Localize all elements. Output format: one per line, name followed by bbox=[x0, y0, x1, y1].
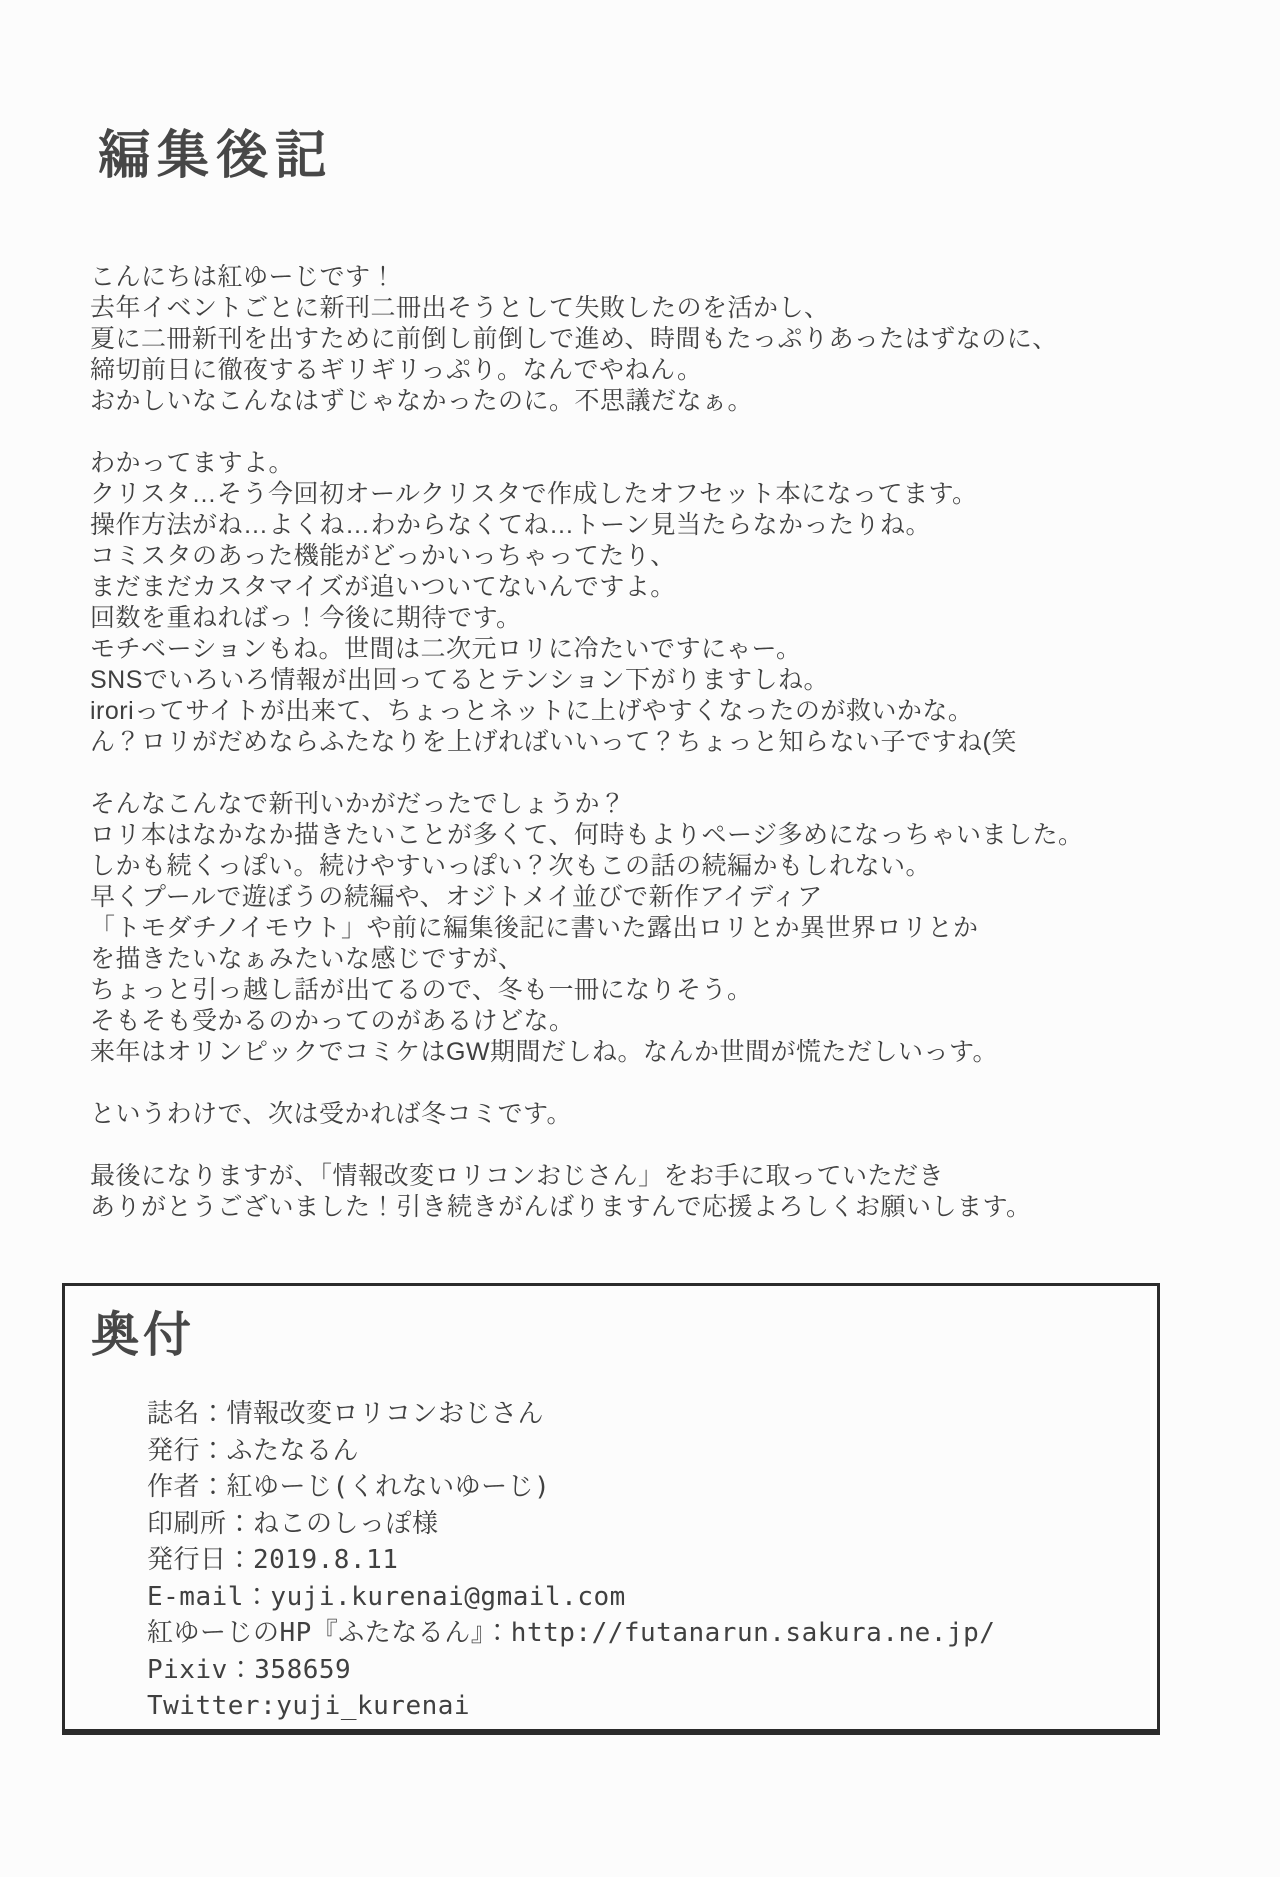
colophon-title: 奥付 bbox=[91, 1296, 195, 1365]
editorial-text-line: 操作方法がね…よくね…わからなくてね…トーン見当たらなかったりね。 bbox=[90, 510, 1210, 541]
editorial-text-line: というわけで、次は受かれば冬コミです。 bbox=[90, 1099, 1210, 1130]
editorial-text-line: ん？ロリがだめならふたなりを上げればいいって？ちょっと知らない子ですね(笑 bbox=[90, 727, 1210, 758]
editorial-text-line: そんなこんなで新刊いかがだったでしょうか？ bbox=[90, 789, 1210, 820]
editorial-text-line: 夏に二冊新刊を出すために前倒し前倒しで進め、時間もたっぷりあったはずなのに、 bbox=[90, 324, 1210, 355]
editorial-text-line: 最後になりますが、「情報改変ロリコンおじさん」をお手に取っていただき bbox=[90, 1161, 1210, 1192]
colophon-entry: Twitter:yuji_kurenai bbox=[147, 1688, 995, 1725]
editorial-text-line bbox=[90, 758, 1210, 789]
editorial-text-line: モチベーションもね。世間は二次元ロリに冷たいですにゃー。 bbox=[90, 634, 1210, 665]
colophon-box: 奥付 誌名：情報改変ロリコンおじさん 発行：ふたなるん 作者：紅ゆーじ(くれない… bbox=[62, 1283, 1160, 1735]
editorial-text-line: ありがとうございました！引き続きがんばりますんで応援よろしくお願いします。 bbox=[90, 1192, 1210, 1223]
editorial-text-line: を描きたいなぁみたいな感じですが、 bbox=[90, 944, 1210, 975]
colophon-entry: 印刷所：ねこのしっぽ様 bbox=[147, 1506, 995, 1543]
editorial-text-line: しかも続くっぽい。続けやすいっぽい？次もこの話の続編かもしれない。 bbox=[90, 851, 1210, 882]
editorial-text-line: SNSでいろいろ情報が出回ってるとテンション下がりますしね。 bbox=[90, 665, 1210, 696]
colophon-entry: 作者：紅ゆーじ(くれないゆーじ) bbox=[147, 1469, 995, 1506]
editorial-text-line: iroriってサイトが出来て、ちょっとネットに上げやすくなったのが救いかな。 bbox=[90, 696, 1210, 727]
colophon-entry: E-mail：yuji.kurenai@gmail.com bbox=[147, 1579, 995, 1616]
editorial-text-line: 回数を重ねればっ！今後に期待です。 bbox=[90, 603, 1210, 634]
page-title: 編集後記 bbox=[98, 128, 334, 185]
editorial-text-line: おかしいなこんなはずじゃなかったのに。不思議だなぁ。 bbox=[90, 386, 1210, 417]
editorial-text-line: 来年はオリンピックでコミケはGW期間だしね。なんか世間が慌ただしいっす。 bbox=[90, 1037, 1210, 1068]
editorial-text-line bbox=[90, 1068, 1210, 1099]
scanned-afterword-page: 編集後記 こんにちは紅ゆーじです！ 去年イベントごとに新刊二冊出そうとして失敗し… bbox=[0, 0, 1280, 1877]
editorial-text: こんにちは紅ゆーじです！ 去年イベントごとに新刊二冊出そうとして失敗したのを活か… bbox=[90, 262, 1210, 1223]
editorial-text-line: わかってますよ。 bbox=[90, 448, 1210, 479]
colophon-entry: Pixiv：358659 bbox=[147, 1652, 995, 1689]
colophon-entries: 誌名：情報改変ロリコンおじさん 発行：ふたなるん 作者：紅ゆーじ(くれないゆーじ… bbox=[147, 1396, 995, 1725]
editorial-text-line: 早くプールで遊ぼうの続編や、オジトメイ並びで新作アイディア bbox=[90, 882, 1210, 913]
editorial-text-line bbox=[90, 1130, 1210, 1161]
editorial-text-line: ロリ本はなかなか描きたいことが多くて、何時もよりページ多めになっちゃいました。 bbox=[90, 820, 1210, 851]
editorial-text-line: まだまだカスタマイズが追いついてないんですよ。 bbox=[90, 572, 1210, 603]
colophon-entry: 発行日：2019.8.11 bbox=[147, 1542, 995, 1579]
editorial-text-line: 「トモダチノイモウト」や前に編集後記に書いた露出ロリとか異世界ロリとか bbox=[90, 913, 1210, 944]
editorial-text-line: そもそも受かるのかってのがあるけどな。 bbox=[90, 1006, 1210, 1037]
editorial-text-line: クリスタ…そう今回初オールクリスタで作成したオフセット本になってます。 bbox=[90, 479, 1210, 510]
colophon-entry: 紅ゆーじのHP『ふたなるん』：http://futanarun.sakura.n… bbox=[147, 1615, 995, 1652]
editorial-text-line: こんにちは紅ゆーじです！ bbox=[90, 262, 1210, 293]
colophon-entry: 発行：ふたなるん bbox=[147, 1433, 995, 1470]
editorial-text-line: ちょっと引っ越し話が出てるので、冬も一冊になりそう。 bbox=[90, 975, 1210, 1006]
editorial-text-line bbox=[90, 417, 1210, 448]
colophon-entry: 誌名：情報改変ロリコンおじさん bbox=[147, 1396, 995, 1433]
editorial-text-line: 去年イベントごとに新刊二冊出そうとして失敗したのを活かし、 bbox=[90, 293, 1210, 324]
editorial-text-line: コミスタのあった機能がどっかいっちゃってたり、 bbox=[90, 541, 1210, 572]
editorial-text-line: 締切前日に徹夜するギリギリっぷり。なんでやねん。 bbox=[90, 355, 1210, 386]
